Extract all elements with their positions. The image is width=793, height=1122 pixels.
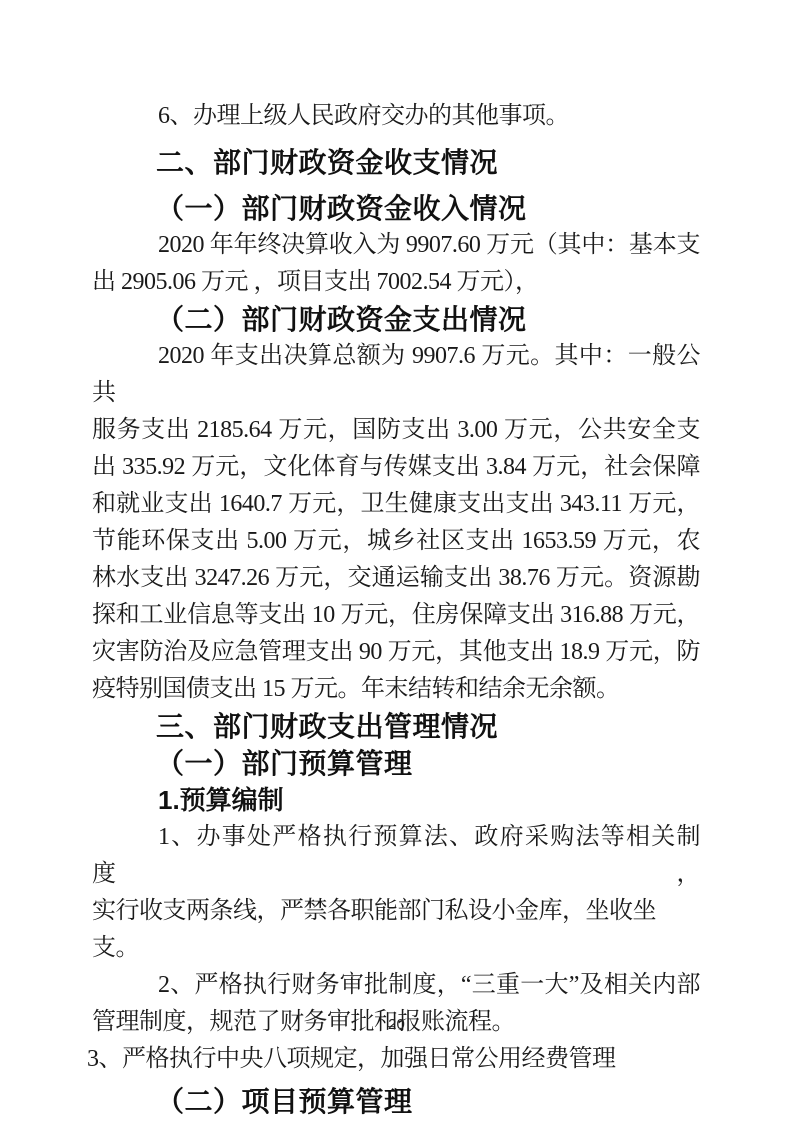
paragraph-line: 6、办理上级人民政府交办的其他事项。: [92, 98, 700, 135]
document-body: 6、办理上级人民政府交办的其他事项。 二、部门财政资金收支情况 （一）部门财政资…: [92, 98, 700, 1120]
section-heading: 二、部门财政资金收支情况: [92, 144, 700, 181]
paragraph-line: 林水支出 3247.26 万元，交通运输支出 38.76 万元。资源勘: [92, 560, 700, 597]
paragraph-line: 2、严格执行财务审批制度，“三重一大”及相关内部: [92, 967, 700, 1004]
subsection-heading: （一）部门预算管理: [92, 745, 700, 782]
section-heading: 三、部门财政支出管理情况: [92, 708, 700, 745]
paragraph-line: 节能环保支出 5.00 万元，城乡社区支出 1653.59 万元，农: [92, 523, 700, 560]
paragraph-line: 出 335.92 万元，文化体育与传媒支出 3.84 万元，社会保障: [92, 449, 700, 486]
paragraph-line: 灾害防治及应急管理支出 90 万元，其他支出 18.9 万元，防: [92, 634, 700, 671]
paragraph-line: 服务支出 2185.64 万元，国防支出 3.00 万元，公共安全支: [92, 412, 700, 449]
paragraph-line: 1、办事处严格执行预算法、政府采购法等相关制度，: [92, 819, 700, 893]
subsection-heading: （二）部门财政资金支出情况: [92, 301, 700, 338]
subsection-heading: （一）部门财政资金收入情况: [92, 190, 700, 227]
subsection-heading: （二）项目预算管理: [92, 1083, 700, 1120]
paragraph-line: 探和工业信息等支出 10 万元，住房保障支出 316.88 万元，: [92, 597, 700, 634]
paragraph-line: 实行收支两条线，严禁各职能部门私设小金库，坐收坐支。: [92, 893, 700, 967]
sub-subsection-heading: 1.预算编制: [92, 782, 700, 819]
paragraph-line: 3、严格执行中央八项规定，加强日常公用经费管理: [87, 1041, 700, 1078]
paragraph-line: 和就业支出 1640.7 万元，卫生健康支出支出 343.11 万元，: [92, 486, 700, 523]
paragraph-line: 2020 年年终决算收入为 9907.60 万元（其中：基本支: [92, 227, 700, 264]
paragraph-line: 出 2905.06 万元 ，项目支出 7002.54 万元），: [92, 264, 700, 301]
page-number: 20: [0, 1016, 793, 1033]
paragraph-line: 2020 年支出决算总额为 9907.6 万元。其中：一般公共: [92, 338, 700, 412]
document-page: 6、办理上级人民政府交办的其他事项。 二、部门财政资金收支情况 （一）部门财政资…: [0, 0, 793, 1122]
paragraph-line: 疫特别国债支出 15 万元。年末结转和结余无余额。: [92, 671, 700, 708]
